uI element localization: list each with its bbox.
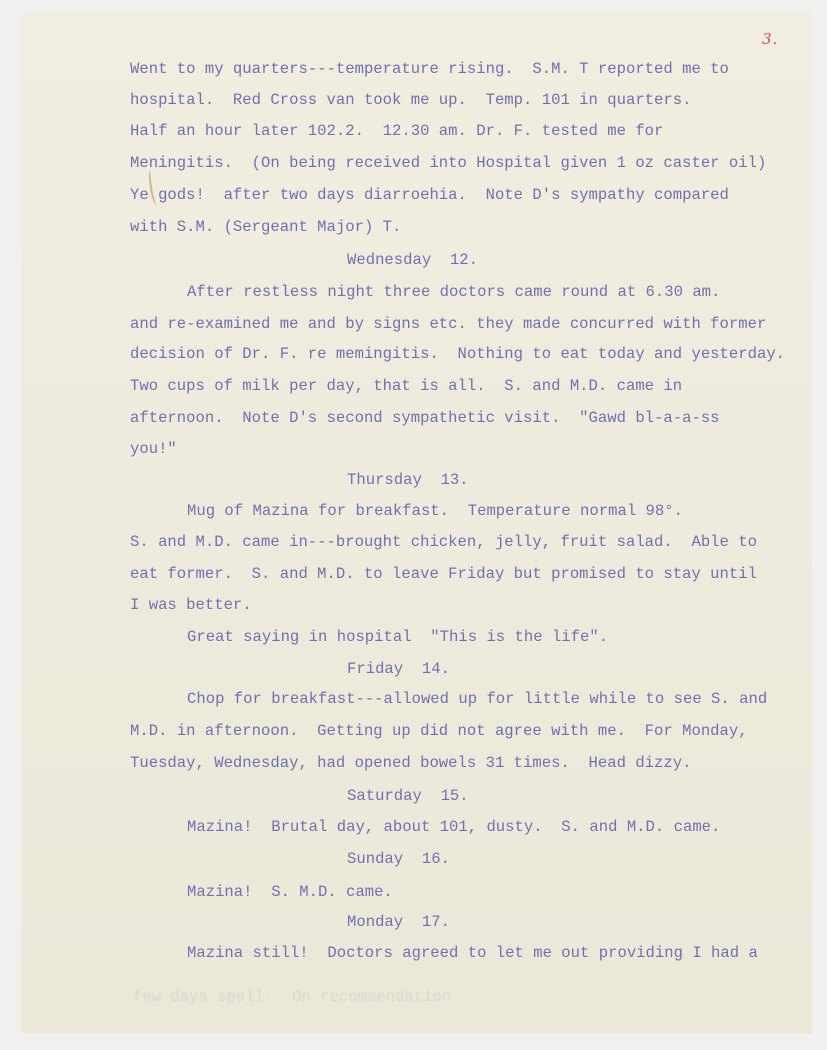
text-line: Mazina! Brutal day, about 101, dusty. S.… [187,818,720,836]
text-line: you!" [130,440,177,458]
text-line: afternoon. Note D's second sympathetic v… [130,409,720,427]
text-line: Went to my quarters---temperature rising… [130,60,729,78]
text-line: decision of Dr. F. re memingitis. Nothin… [130,345,785,363]
text-line: Tuesday, Wednesday, had opened bowels 31… [130,754,691,772]
text-line: Mazina still! Doctors agreed to let me o… [187,944,758,962]
date-heading: Thursday 13. [347,471,469,489]
text-line: I was better. [130,596,252,614]
date-heading: Sunday 16. [347,850,450,868]
text-line: M.D. in afternoon. Getting up did not ag… [130,722,748,740]
text-line: with S.M. (Sergeant Major) T. [130,218,401,236]
date-heading: Wednesday 12. [347,251,478,269]
text-line: Ye gods! after two days diarroehia. Note… [130,186,729,204]
text-line: and re-examined me and by signs etc. the… [130,315,766,333]
text-line: Two cups of milk per day, that is all. S… [130,377,682,395]
text-line: Half an hour later 102.2. 12.30 am. Dr. … [130,122,663,140]
date-heading: Monday 17. [347,913,450,931]
text-line: Chop for breakfast---allowed up for litt… [187,690,767,708]
text-line: Meningitis. (On being received into Hosp… [130,154,766,172]
text-line: After restless night three doctors came … [187,283,720,301]
date-heading: Friday 14. [347,660,450,678]
text-line: Mazina! S. M.D. came. [187,883,393,901]
page-number: 3. [762,30,778,48]
text-line: Mug of Mazina for breakfast. Temperature… [187,502,683,520]
text-line: hospital. Red Cross van took me up. Temp… [130,91,691,109]
text-line: eat former. S. and M.D. to leave Friday … [130,565,757,583]
text-line: S. and M.D. came in---brought chicken, j… [130,533,757,551]
text-line: Great saying in hospital "This is the li… [187,628,608,646]
faint-bleedthrough-line: few days spell. On recommendation [133,988,451,1006]
date-heading: Saturday 15. [347,787,469,805]
